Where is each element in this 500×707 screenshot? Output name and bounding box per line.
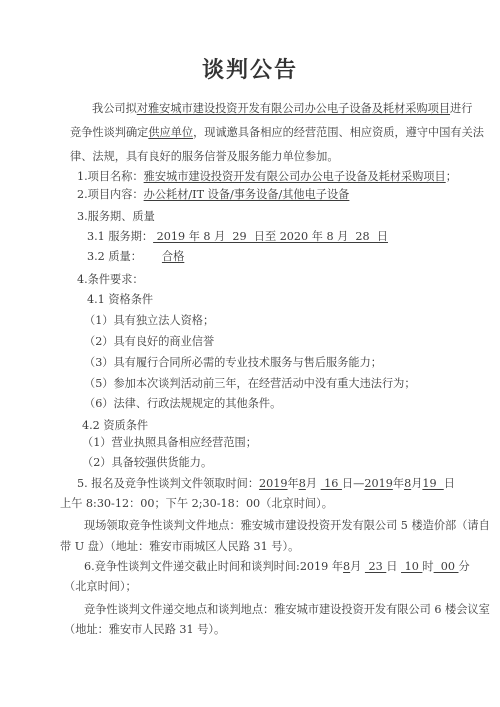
- submit-place-line-1: 竞争性谈判文件递交地点和谈判地点：雅安城市建设投资开发有限公司 6 楼会议室: [84, 603, 490, 617]
- qualification-3: （3）具有履行合同所必需的专业技术服务与售后服务能力；: [84, 356, 382, 370]
- page-title: 谈判公告: [0, 53, 500, 84]
- certification-1: （1）营业执照具备相应经营范围；: [82, 436, 257, 450]
- item-2-project-content: 2.项目内容：办公耗材/IT 设备/事务设备/其他电子设备: [77, 188, 349, 202]
- submit-place-line-2: （地址：雅安市人民路 31 号）。: [64, 623, 225, 637]
- unit: 月: [350, 560, 365, 573]
- qualification-heading: 4.1 资格条件: [87, 293, 153, 307]
- item-label: 5. 报名及竞争性谈判文件领取时间：: [77, 477, 259, 490]
- intro-text: 我公司拟: [92, 102, 137, 115]
- service-period: 3.1 服务期： 2019 年 8 月 29 日至 2020 年 8 月 28 …: [87, 230, 388, 244]
- item-value: 合格: [162, 250, 184, 263]
- unit: 日: [444, 477, 455, 490]
- day: 19: [422, 477, 443, 490]
- minute: 00: [434, 560, 459, 573]
- item-label: 2.项目内容：: [77, 188, 144, 201]
- intro-line-2: 竞争性谈判确定供应单位，现诚邀具备相应的经营范围、相应资质，遵守中国有关法: [70, 126, 484, 140]
- announcement-page: 谈判公告 我公司拟对雅安城市建设投资开发有限公司办公电子设备及耗材采购项目进行 …: [0, 0, 500, 707]
- intro-text: ，现诚邀具备相应的经营范围、相应资质，遵守中国有关法: [193, 126, 484, 139]
- unit: 年: [288, 477, 299, 490]
- item-3-heading: 3.服务期、质量: [77, 210, 155, 224]
- pickup-place-line-2: 带 U 盘）（地址：雅安市雨城区人民路 31 号）。: [60, 540, 299, 554]
- unit: 月: [306, 477, 317, 490]
- unit: 月: [411, 477, 422, 490]
- hour: 10: [401, 560, 422, 573]
- quality: 3.2 质量：合格: [87, 250, 184, 264]
- item-6-deadline: 6.竞争性谈判文件递交截止时间和谈判时间:2019 年8月 23 日 10 时 …: [84, 560, 470, 574]
- item-4-heading: 4.条件要求：: [77, 273, 144, 287]
- qualification-5: （5）参加本次谈判活动前三年，在经营活动中没有重大违法行为；: [84, 377, 416, 391]
- intro-line-1: 我公司拟对雅安城市建设投资开发有限公司办公电子设备及耗材采购项目进行: [92, 102, 472, 116]
- item-value: 2019 年 8 月 29 日至 2020 年 8 月 28 日: [153, 230, 388, 243]
- qualification-6: （6）法律、行政法规规定的其他条件。: [84, 397, 281, 411]
- supplier-underline: 供应单位: [148, 126, 193, 139]
- certification-2: （2）具备较强供货能力。: [82, 456, 212, 470]
- item-6-timezone: （北京时间）；: [64, 580, 137, 594]
- unit: 时: [422, 560, 433, 573]
- year: 2019: [259, 477, 287, 490]
- day: 16: [321, 477, 342, 490]
- qualification-2: （2）具有良好的商业信誉: [84, 335, 214, 349]
- item-5-time: 5. 报名及竞争性谈判文件领取时间：2019年8月 16 日—2019年8月19…: [77, 477, 455, 491]
- unit: 日—: [342, 477, 364, 490]
- unit: 年: [393, 477, 404, 490]
- unit: 分: [459, 560, 470, 573]
- intro-text: 竞争性谈判确定: [70, 126, 148, 139]
- item-value: 雅安城市建设投资开发有限公司办公电子设备及耗材采购项目: [144, 170, 446, 183]
- intro-text: 进行: [450, 102, 472, 115]
- month: 8: [299, 477, 306, 490]
- year: 2019: [364, 477, 392, 490]
- intro-line-3: 律、法规，具有良好的服务信誉及服务能力单位参加。: [70, 150, 339, 164]
- item-tail: ；: [446, 170, 457, 183]
- item-label: 3.2 质量：: [87, 250, 142, 263]
- certification-heading: 4.2 资质条件: [82, 419, 148, 433]
- pickup-place-line-1: 现场领取竞争性谈判文件地点：雅安城市建设投资开发有限公司 5 楼造价部（请自: [84, 519, 490, 533]
- item-label: 3.1 服务期：: [87, 230, 153, 243]
- project-underline: 对雅安城市建设投资开发有限公司办公电子设备及耗材采购项目: [137, 102, 450, 115]
- item-label: 6.竞争性谈判文件递交截止时间和谈判时间:2019 年: [84, 560, 343, 573]
- item-1-project-name: 1.项目名称：雅安城市建设投资开发有限公司办公电子设备及耗材采购项目；: [77, 170, 457, 184]
- item-label: 1.项目名称：: [77, 170, 144, 183]
- qualification-1: （1）具有独立法人资格；: [84, 314, 214, 328]
- unit: 日: [386, 560, 401, 573]
- day: 23: [365, 560, 386, 573]
- item-value: 办公耗材/IT 设备/事务设备/其他电子设备: [144, 188, 350, 201]
- item-5-hours: 上午 8:30-12：00；下午 2;30-18：00（北京时间）。: [60, 497, 333, 511]
